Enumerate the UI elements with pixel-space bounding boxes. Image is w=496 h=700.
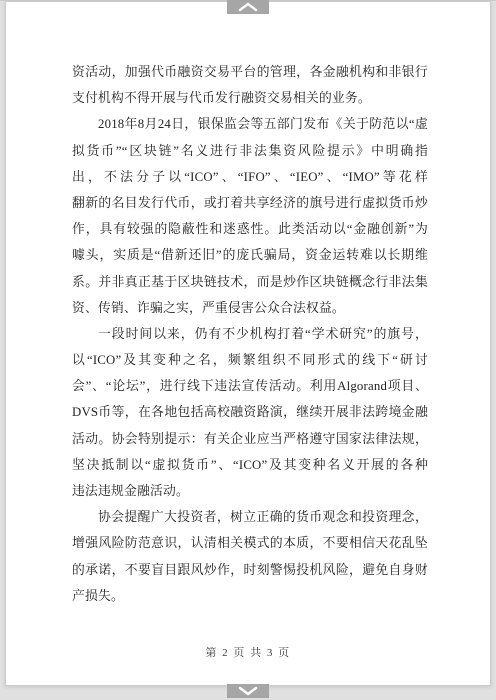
document-line: 翻新的名目发行代币，或打着共享经济的旗号进行虚拟货币炒 [72,190,428,216]
document-viewer: { "doc": { "lines": [ "资活动，加强代币融资交易平台的管理… [0,0,496,700]
document-line: DVS币等，在各地包括高校融资路演，继续开展非法跨境金融 [72,399,428,425]
document-line: 违法违规金融活动。 [72,478,428,504]
document-line: 资、传销、诈骗之实，严重侵害公众合法权益。 [72,295,428,321]
document-line: 以“ICO”及其变种之名，频繁组织不同形式的线下“研讨 [72,347,428,373]
document-line: 资活动，加强代币融资交易平台的管理，各金融机构和非银行 [72,59,428,85]
page-number-indicator: 第 2 页 共 3 页 [6,644,490,660]
document-line: 协会提醒广大投资者，树立正确的货币观念和投资理念， [72,504,428,530]
document-page: 资活动，加强代币融资交易平台的管理，各金融机构和非银行 支付机构不得开展与代币发… [5,1,491,686]
document-line: 系。并非真正基于区块链技术，而是炒作区块链概念行非法集 [72,269,428,295]
document-line: 支付机构不得开展与代币发行融资交易相关的业务。 [72,85,428,111]
document-line: 活动。协会特别提示：有关企业应当严格遵守国家法律法规， [72,426,428,452]
document-line: 坚决抵制以“虚拟货币”、“ICO”及其变种名义开展的各种 [72,452,428,478]
document-line: 出，不法分子以“ICO”、“IFO”、“IEO”、“IMO”等花样 [72,164,428,190]
document-text: 资活动，加强代币融资交易平台的管理，各金融机构和非银行 支付机构不得开展与代币发… [72,59,428,609]
document-line: 噱头，实质是“借新还旧”的庞氏骗局，资金运转难以长期维 [72,242,428,268]
document-line: 产损失。 [72,583,428,609]
document-line: 的承诺，不要盲目跟风炒作，时刻警惕投机风险，避免自身财 [72,557,428,583]
document-line: 拟货币”“区块链”名义进行非法集资风险提示》中明确指 [72,138,428,164]
chevron-down-icon [237,686,259,696]
chevron-up-icon [237,2,259,12]
document-line: 增强风险防范意识，认清相关模式的本质，不要相信天花乱坠 [72,530,428,556]
document-line: 会”、“论坛”，进行线下违法宣传活动。利用Algorand项目、 [72,373,428,399]
document-line: 作，具有较强的隐蔽性和迷惑性。此类活动以“金融创新”为 [72,216,428,242]
document-line: 一段时间以来，仍有不少机构打着“学术研究”的旗号， [72,321,428,347]
scroll-up-button[interactable] [227,0,269,14]
scroll-down-button[interactable] [227,684,269,698]
document-line: 2018年8月24日，银保监会等五部门发布《关于防范以“虚 [72,111,428,137]
